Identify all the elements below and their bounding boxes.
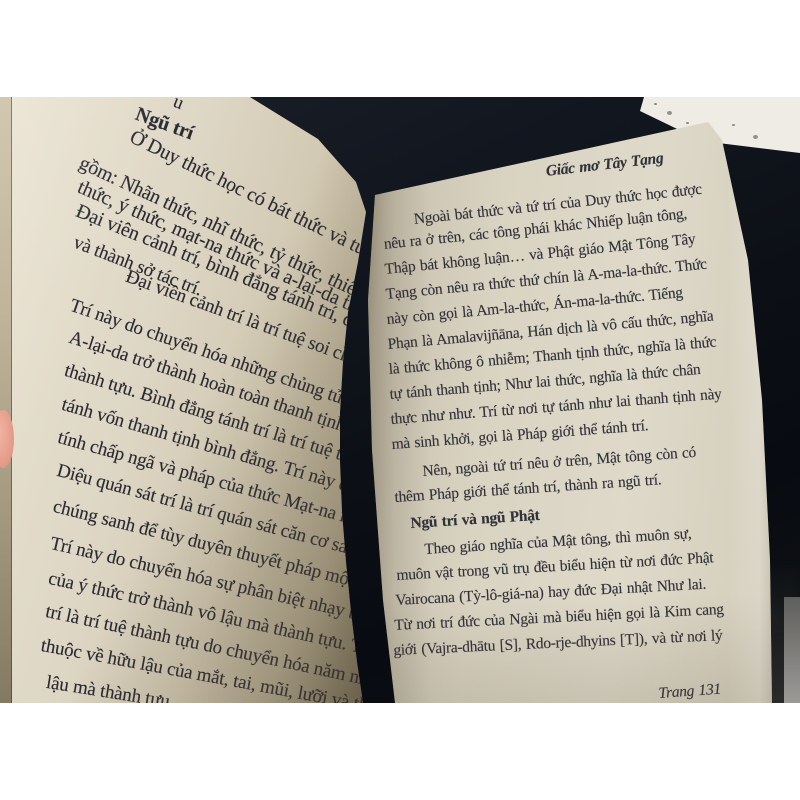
section-heading: Ngũ trí và ngũ Phật: [410, 507, 540, 533]
book-fore-edge: [0, 97, 12, 703]
left-page: u Ngũ trí Ở Duy thức học có bát thức và …: [0, 97, 385, 703]
marble-speckles: [654, 103, 657, 105]
book-photo: u Ngũ trí Ở Duy thức học có bát thức và …: [0, 97, 800, 703]
book-photo-frame: u Ngũ trí Ở Duy thức học có bát thức và …: [0, 0, 800, 800]
page-number: Trang 131: [658, 681, 722, 703]
right-page: Giấc mơ Tây Tạng Ngoài bát thức và tứ tr…: [350, 97, 800, 703]
letterbox-top: [0, 0, 800, 97]
text-fragment: u: [170, 97, 187, 115]
letterbox-bottom: [0, 703, 800, 800]
running-header: Giấc mơ Tây Tạng: [545, 150, 664, 181]
table-edge-sliver: [784, 597, 800, 703]
